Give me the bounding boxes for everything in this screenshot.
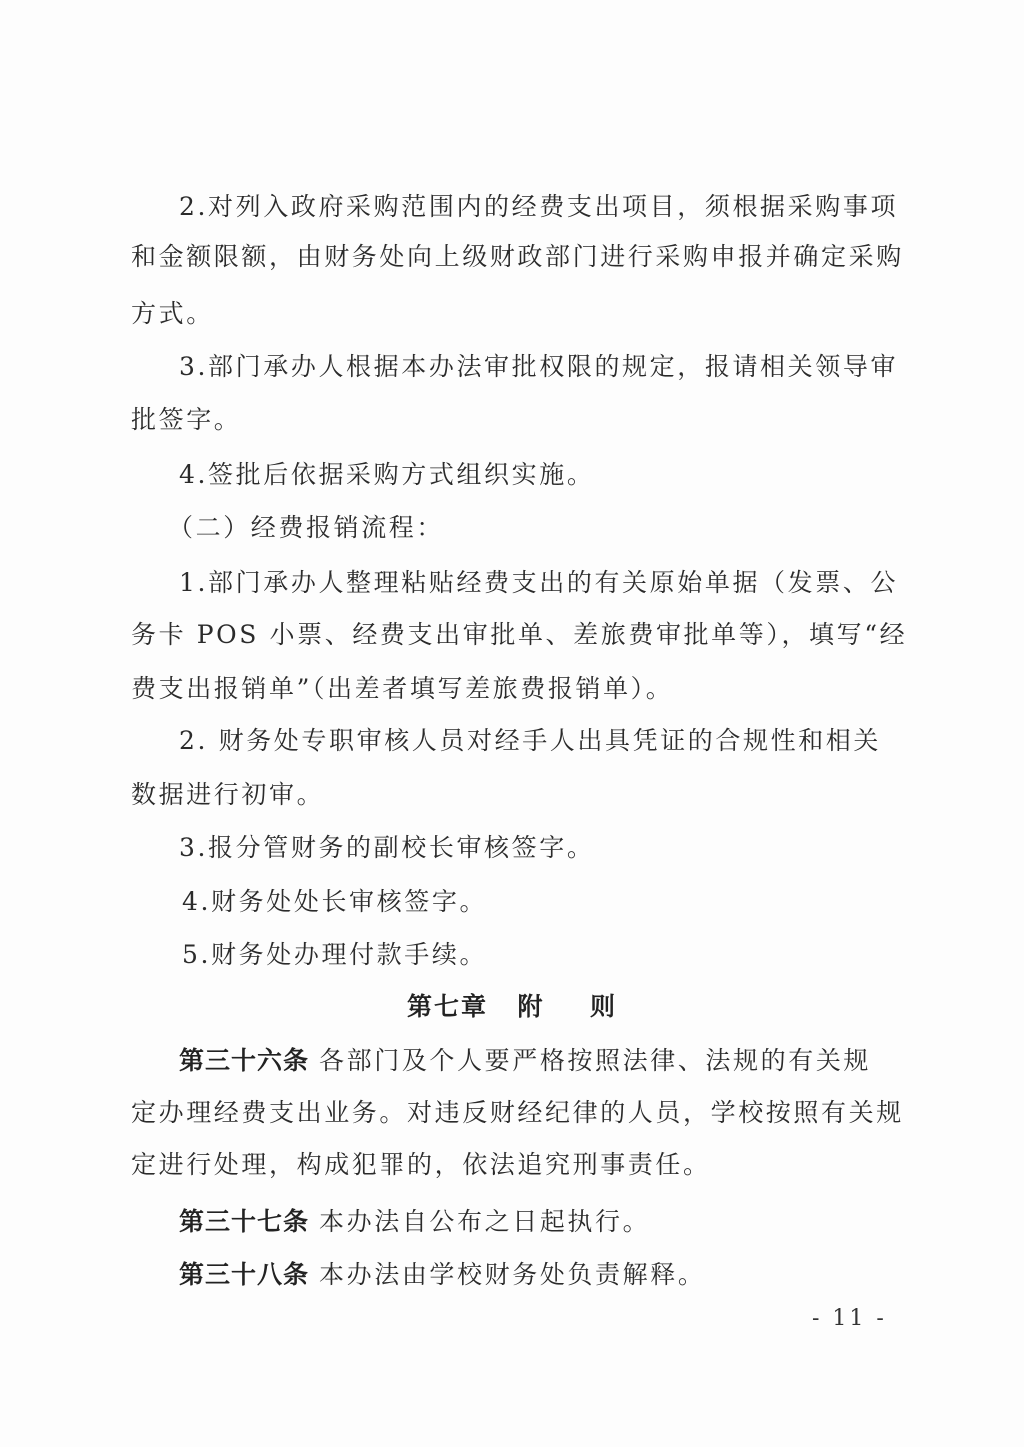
article-36-text: 各部门及个人要严格按照法律、法规的有关规 (319, 1046, 871, 1075)
procurement-step-2-line-1: 2.对列入政府采购范围内的经费支出项目，须根据采购事项 (179, 190, 939, 224)
chapter-title-char-1: 附 (517, 992, 544, 1021)
article-37-label: 第三十七条 (179, 1207, 309, 1236)
procurement-step-2-line-3: 方式。 (131, 297, 891, 331)
article-37-line: 第三十七条本办法自公布之日起执行。 (179, 1205, 939, 1239)
procurement-step-4: 4.签批后依据采购方式组织实施。 (179, 458, 939, 492)
chapter-number: 第七章 (407, 992, 488, 1021)
section-heading-reimbursement: （二）经费报销流程： (168, 511, 928, 545)
procurement-step-3-line-2: 批签字。 (131, 403, 891, 437)
reimbursement-step-2-line-2: 数据进行初审。 (131, 778, 891, 812)
reimbursement-step-1-line-3: 费支出报销单”（出差者填写差旅费报销单）。 (131, 672, 891, 706)
chapter-heading: 第七章 附 则 (0, 990, 1024, 1024)
page-number: - 11 - (812, 1306, 887, 1331)
procurement-step-2-line-2: 和金额限额，由财务处向上级财政部门进行采购申报并确定采购 (131, 240, 891, 274)
document-page: 2.对列入政府采购范围内的经费支出项目，须根据采购事项 和金额限额，由财务处向上… (0, 0, 1024, 1447)
article-38-text: 本办法由学校财务处负责解释。 (319, 1260, 705, 1289)
chapter-title-char-2: 则 (590, 992, 617, 1021)
article-36-line-2: 定办理经费支出业务。对违反财经纪律的人员，学校按照有关规 (131, 1096, 891, 1130)
article-38-label: 第三十八条 (179, 1260, 309, 1289)
article-37-text: 本办法自公布之日起执行。 (319, 1207, 650, 1236)
article-36-line-3: 定进行处理，构成犯罪的，依法追究刑事责任。 (131, 1148, 891, 1182)
procurement-step-3-line-1: 3.部门承办人根据本办法审批权限的规定，报请相关领导审 (179, 350, 939, 384)
article-36-line-1: 第三十六条各部门及个人要严格按照法律、法规的有关规 (179, 1044, 939, 1078)
reimbursement-step-1-line-2: 务卡 POS 小票、经费支出审批单、差旅费审批单等），填写“经 (131, 618, 891, 652)
reimbursement-step-1-line-1: 1.部门承办人整理粘贴经费支出的有关原始单据（发票、公 (179, 566, 939, 600)
article-38-line: 第三十八条本办法由学校财务处负责解释。 (179, 1258, 939, 1292)
reimbursement-step-4: 4.财务处处长审核签字。 (182, 885, 942, 919)
reimbursement-step-5: 5.财务处办理付款手续。 (182, 938, 942, 972)
article-36-label: 第三十六条 (179, 1046, 309, 1075)
reimbursement-step-2-line-1: 2. 财务处专职审核人员对经手人出具凭证的合规性和相关 (179, 724, 939, 758)
reimbursement-step-3: 3.报分管财务的副校长审核签字。 (179, 831, 939, 865)
